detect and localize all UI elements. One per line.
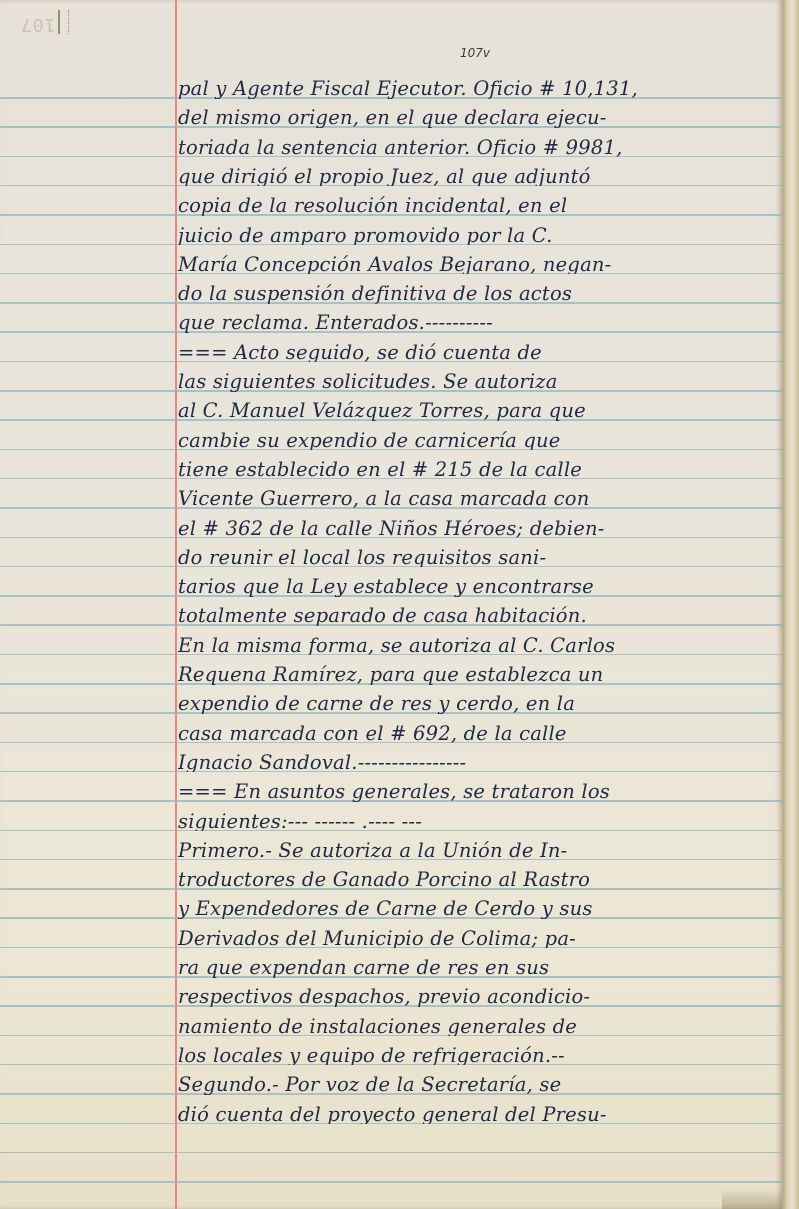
text-line: Primero.- Se autoriza a la Unión de In- xyxy=(178,841,778,861)
text-line: do reunir el local los requisitos sani- xyxy=(178,548,778,568)
text-line: dió cuenta del proyecto general del Pres… xyxy=(178,1105,778,1125)
rule-line xyxy=(0,1152,782,1154)
text-line: tiene establecido en el # 215 de la call… xyxy=(178,460,778,480)
text-line: expendio de carne de res y cerdo, en la xyxy=(178,694,778,714)
text-line: namiento de instalaciones generales de xyxy=(178,1017,778,1037)
text-line: que dirigió el propio Juez, al que adjun… xyxy=(178,167,778,187)
text-line: las siguientes solicitudes. Se autoriza xyxy=(178,372,778,392)
page-corner-shadow xyxy=(722,1189,782,1209)
folio-annotation: 107v xyxy=(460,46,490,60)
text-line: casa marcada con el # 692, de la calle xyxy=(178,724,778,744)
text-line: === Acto seguido, se dió cuenta de xyxy=(178,343,778,363)
text-line: cambie su expendio de carnicería que xyxy=(178,431,778,451)
text-line: al C. Manuel Velázquez Torres, para que xyxy=(178,401,778,421)
text-line: siguientes:--- ------ .---- --- xyxy=(178,812,778,832)
text-line: copia de la resolución incidental, en el xyxy=(178,196,778,216)
red-margin-line xyxy=(175,0,177,1209)
text-line: totalmente separado de casa habitación. xyxy=(178,606,778,626)
text-line: do la suspensión definitiva de los actos xyxy=(178,284,778,304)
text-line: respectivos despachos, previo acondicio- xyxy=(178,987,778,1007)
text-line: En la misma forma, se autoriza al C. Car… xyxy=(178,636,778,656)
text-line: troductores de Ganado Porcino al Rastro xyxy=(178,870,778,890)
text-line: del mismo origen, en el que declara ejec… xyxy=(178,108,778,128)
text-line: Vicente Guerrero, a la casa marcada con xyxy=(178,489,778,509)
page-edge xyxy=(782,0,799,1209)
text-line: toriada la sentencia anterior. Oficio # … xyxy=(178,138,778,158)
text-line: tarios que la Ley establece y encontrars… xyxy=(178,577,778,597)
text-line: Derivados del Municipio de Colima; pa- xyxy=(178,929,778,949)
binding-stamp-mark xyxy=(58,10,69,34)
stamped-page-number: 107 xyxy=(20,14,56,35)
text-line: los locales y equipo de refrigeración.-- xyxy=(178,1046,778,1066)
rule-line xyxy=(0,1181,782,1183)
text-line: que reclama. Enterados.---------- xyxy=(178,313,778,333)
text-line: y Expendedores de Carne de Cerdo y sus xyxy=(178,899,778,919)
text-line: pal y Agente Fiscal Ejecutor. Oficio # 1… xyxy=(178,79,778,99)
text-line: María Concepción Avalos Bejarano, negan- xyxy=(178,255,778,275)
text-line: Segundo.- Por voz de la Secretaría, se xyxy=(178,1075,778,1095)
text-line: Ignacio Sandoval.---------------- xyxy=(178,753,778,773)
text-line: ra que expendan carne de res en sus xyxy=(178,958,778,978)
text-line: el # 362 de la calle Niños Héroes; debie… xyxy=(178,519,778,539)
ledger-page: 107 107v pal y Agente Fiscal Ejecutor. O… xyxy=(0,0,782,1209)
text-line: juicio de amparo promovido por la C. xyxy=(178,226,778,246)
text-line: === En asuntos generales, se trataron lo… xyxy=(178,782,778,802)
text-line: Requena Ramírez, para que establezca un xyxy=(178,665,778,685)
